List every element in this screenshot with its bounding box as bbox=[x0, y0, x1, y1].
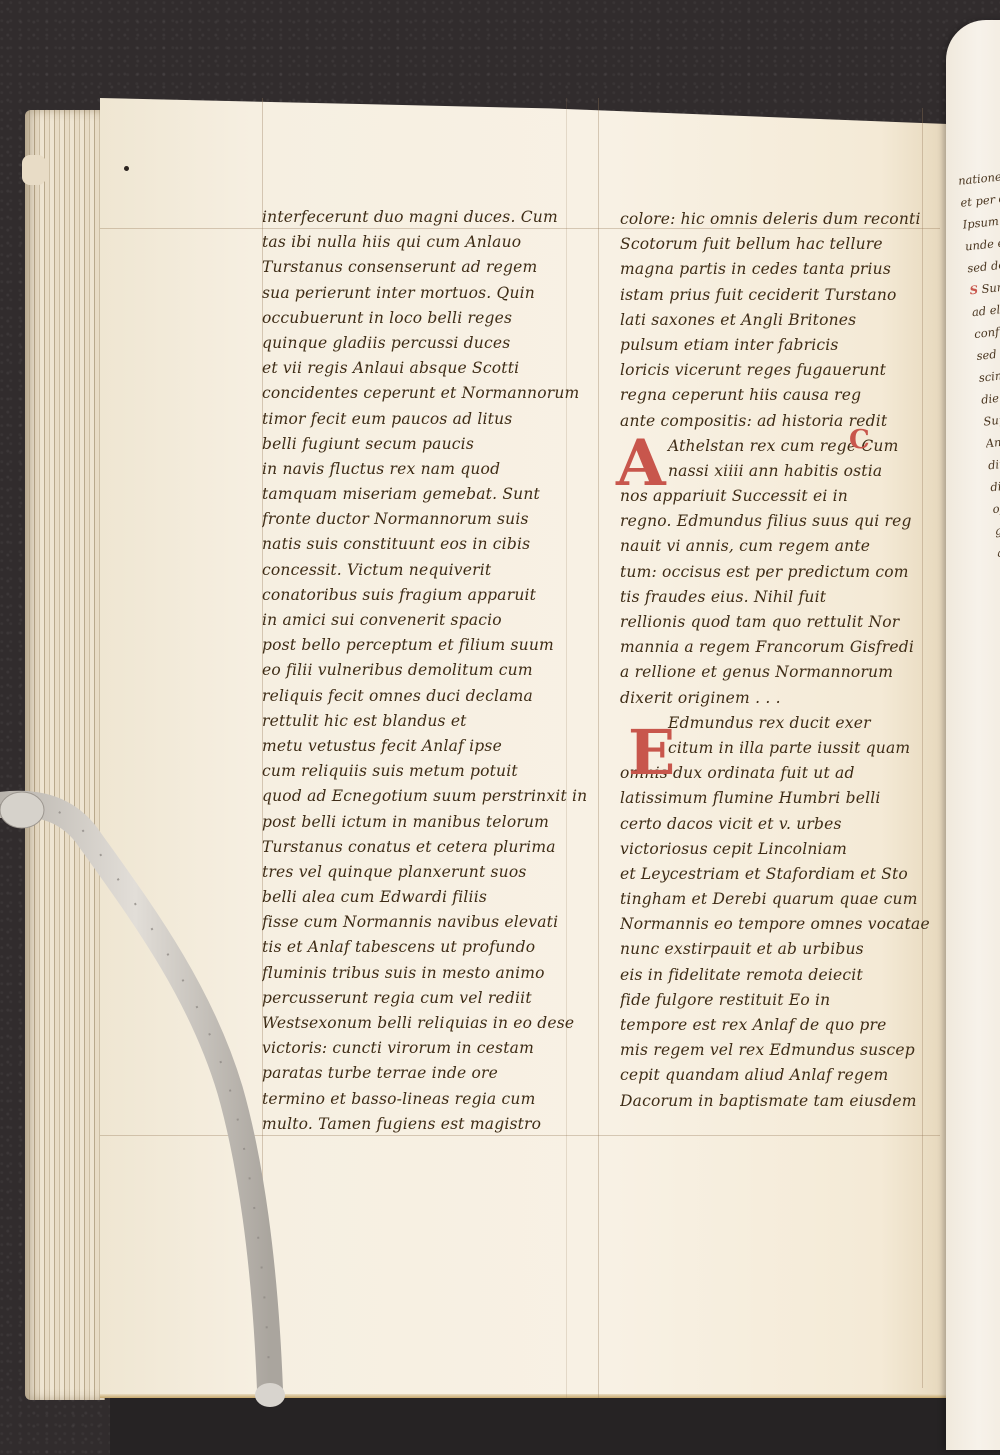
text-line: rettulit hic est blandus et bbox=[262, 709, 597, 734]
text-line: tres vel quinque planxerunt suos bbox=[262, 860, 597, 885]
text-line: Dacorum in baptismate tam eiusdem bbox=[620, 1089, 940, 1114]
text-line: et Leycestriam et Stafordiam et Sto bbox=[620, 862, 940, 887]
text-line: nunc exstirpauit et ab urbibus bbox=[620, 937, 940, 962]
text-line: dixerit originem . . . bbox=[620, 686, 940, 711]
text-line: tis et Anlaf tabescens ut profundo bbox=[262, 935, 597, 960]
text-line: rellionis quod tam quo rettulit Nor bbox=[620, 610, 940, 635]
text-line: Normannis eo tempore omnes vocatae bbox=[620, 912, 940, 937]
text-line: confusam bbox=[973, 318, 1000, 345]
text-line: nassi xiiii ann habitis ostia bbox=[620, 459, 940, 484]
text-line: victoriosus cepit Lincolniam bbox=[620, 837, 940, 862]
text-line: Anglia. E bbox=[985, 427, 1000, 454]
text-line: a rellione et genus Normannorum bbox=[620, 660, 940, 685]
text-line: scimus bbox=[978, 362, 1000, 389]
text-line: tamquam miseriam gemebat. Sunt bbox=[262, 482, 597, 507]
text-line: fronte ductor Normannorum suis bbox=[262, 507, 597, 532]
text-line: tis fraudes eius. Nihil fuit bbox=[620, 585, 940, 610]
rubricated-letter-c: C bbox=[849, 425, 870, 455]
text-line: latissimum flumine Humbri belli bbox=[620, 786, 940, 811]
text-line: ad elapsi bbox=[971, 296, 1000, 323]
text-line: colore: hic omnis deleris dum reconti bbox=[620, 207, 940, 232]
text-line: percusserunt regia cum vel rediit bbox=[262, 986, 597, 1011]
text-line: nos appariuit Successit ei in bbox=[620, 484, 940, 509]
text-line: officis bbox=[991, 493, 1000, 520]
text-line: in navis fluctus rex nam quod bbox=[262, 457, 597, 482]
page-edge-tab bbox=[22, 155, 46, 185]
text-line: conatoribus suis fragium apparuit bbox=[262, 583, 597, 608]
text-line: victoris: cuncti virorum in cestam bbox=[262, 1036, 597, 1061]
text-line: certo dacos vicit et v. urbes bbox=[620, 812, 940, 837]
text-line: paratas turbe terrae inde ore bbox=[262, 1061, 597, 1086]
text-line: gratis ille bbox=[994, 515, 1000, 542]
text-line: metu vetustus fecit Anlaf ipse bbox=[262, 734, 597, 759]
text-line: mis regem vel rex Edmundus suscep bbox=[620, 1038, 940, 1063]
text-line: sed sublim bbox=[975, 340, 1000, 367]
text-line: die amon bbox=[980, 384, 1000, 411]
text-line: Supreme bbox=[982, 405, 1000, 432]
facing-rubric-initial-s: S bbox=[969, 283, 979, 298]
text-line: fluminis tribus suis in mesto animo bbox=[262, 961, 597, 986]
text-line: S Sumdu re bbox=[968, 274, 1000, 301]
text-line: mannia a regem Francorum Gisfredi bbox=[620, 635, 940, 660]
text-line: quod ad Ecnegotium suum perstrinxit in bbox=[262, 784, 597, 809]
text-fragment: Sumdu re bbox=[981, 276, 1000, 296]
pricking-mark bbox=[124, 166, 129, 171]
text-line: tempore est rex Anlaf de quo pre bbox=[620, 1013, 940, 1038]
text-line: eo filii vulneribus demolitum cum bbox=[262, 658, 597, 683]
rubricated-initial-a: A bbox=[616, 432, 666, 496]
text-line: cepit quandam aliud Anlaf regem bbox=[620, 1063, 940, 1088]
text-line: Westsexonum belli reliquias in eo dese bbox=[262, 1011, 597, 1036]
text-line: termino et basso-lineas regia cum bbox=[262, 1087, 597, 1112]
text-line: interfecerunt duo magni duces. Cum bbox=[262, 205, 597, 230]
text-line: post bello perceptum et filium suum bbox=[262, 633, 597, 658]
text-line: die que bbox=[989, 471, 1000, 498]
text-line: fide fulgore restituit Eo in bbox=[620, 988, 940, 1013]
rubricated-initial-e: E bbox=[628, 722, 675, 784]
book-page-edges bbox=[25, 110, 105, 1400]
text-line: sua perierunt inter mortuos. Quin bbox=[262, 281, 597, 306]
text-line: tas ibi nulla hiis qui cum Anlauo bbox=[262, 230, 597, 255]
ruling-line-column-a-right bbox=[598, 98, 599, 1398]
text-line: occubuerunt in loco belli reges bbox=[262, 306, 597, 331]
text-line: sed de man bbox=[966, 252, 1000, 279]
text-line: regna ceperunt hiis causa reg bbox=[620, 383, 940, 408]
text-line: belli fugiunt secum paucis bbox=[262, 432, 597, 457]
text-line: ante compositis: ad historia redit bbox=[620, 409, 940, 434]
text-line: quinque gladiis percussi duces bbox=[262, 331, 597, 356]
text-line: loricis vicerunt reges fugauerunt bbox=[620, 358, 940, 383]
text-line: natis suis constituunt eos in cibis bbox=[262, 532, 597, 557]
text-column-right: colore: hic omnis deleris dum reconti Sc… bbox=[620, 207, 940, 1114]
text-line: in amici sui convenerit spacio bbox=[262, 608, 597, 633]
text-line: pulsum etiam inter fabricis bbox=[620, 333, 940, 358]
text-line: fisse cum Normannis navibus elevati bbox=[262, 910, 597, 935]
text-line: nauit vi annis, cum regem ante bbox=[620, 534, 940, 559]
text-column-left: interfecerunt duo magni duces. Cum tas i… bbox=[262, 205, 597, 1137]
text-line: et vii regis Anlaui absque Scotti bbox=[262, 356, 597, 381]
text-line: eis in fidelitate remota deiecit bbox=[620, 963, 940, 988]
text-line: reliquis fecit omnes duci declama bbox=[262, 684, 597, 709]
text-line: lati saxones et Angli Britones bbox=[620, 308, 940, 333]
text-line: tum: occisus est per predictum com bbox=[620, 560, 940, 585]
text-line: Athelstan rex cum rege Cum bbox=[620, 434, 940, 459]
text-line: concessit. Victum nequiverit bbox=[262, 558, 597, 583]
text-line: istam prius fuit ceciderit Turstano bbox=[620, 283, 940, 308]
text-line: diud cab bbox=[987, 449, 1000, 476]
text-line: cum reliquiis suis metum potuit bbox=[262, 759, 597, 784]
text-line: regno. Edmundus filius suus qui reg bbox=[620, 509, 940, 534]
text-line: Turstanus conatus et cetera plurima bbox=[262, 835, 597, 860]
foam-cradle-lower-shadow bbox=[110, 1395, 1000, 1455]
text-line: magna partis in cedes tanta prius bbox=[620, 257, 940, 282]
text-line: Scotorum fuit bellum hac tellure bbox=[620, 232, 940, 257]
text-line: Turstanus consenserunt ad regem bbox=[262, 255, 597, 280]
text-line: concidentes ceperunt et Normannorum bbox=[262, 381, 597, 406]
text-line: belli alea cum Edwardi filiis bbox=[262, 885, 597, 910]
text-line: multo. Tamen fugiens est magistro bbox=[262, 1112, 597, 1137]
text-line: tingham et Derebi quarum quae cum bbox=[620, 887, 940, 912]
text-line: timor fecit eum paucos ad litus bbox=[262, 407, 597, 432]
text-line: post belli ictum in manibus telorum bbox=[262, 810, 597, 835]
